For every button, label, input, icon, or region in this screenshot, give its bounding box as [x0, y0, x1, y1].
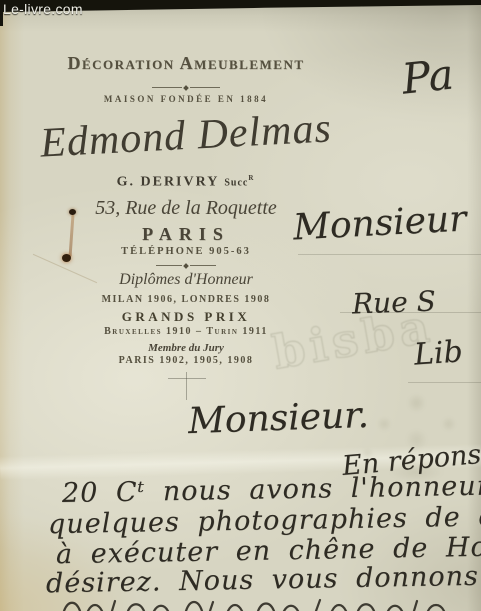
letter-photo: Le-livre.com bisba Décoration Ameublemen…: [0, 0, 481, 611]
handwritten-dateline-partial: Pa: [400, 49, 456, 103]
handwritten-recipient-name: Monsieur: [292, 198, 467, 248]
letterhead-proprietor-name: Edmond Delmas: [39, 104, 333, 167]
letterhead-street: 53, Rue de la Roquette: [40, 197, 332, 220]
site-watermark-label: Le-livre.com: [3, 1, 83, 17]
letterhead-award-jury-detail: PARIS 1902, 1905, 1908: [40, 355, 332, 366]
handwritten-recipient-city: Lib: [413, 334, 464, 372]
letterhead-city: PARIS: [40, 224, 332, 245]
successor-name: G. DERIVRY: [117, 175, 219, 190]
letterhead-founded-line: MAISON FONDÉE EN 1884: [40, 94, 332, 104]
successor-abbr-sup: R: [248, 174, 255, 182]
letterhead-award-grandprix-detail: Bruxelles 1910 – Turin 1911: [40, 326, 332, 337]
letterhead-award-diplomas-title: Diplômes d'Honneur: [40, 271, 332, 289]
letterhead-award-jury-title: Membre du Jury: [40, 342, 332, 354]
successor-abbr: Succ: [224, 178, 248, 189]
letterhead-award-grandprix-title: GRANDS PRIX: [40, 309, 332, 325]
pencil-crop-mark-horizontal: [168, 378, 206, 379]
divider-ornament: [152, 84, 220, 91]
diamond-icon: [183, 85, 189, 91]
letterhead-phone: TÉLÉPHONE 905-63: [40, 246, 332, 257]
pencil-crop-mark-vertical: [186, 372, 187, 400]
handwritten-recipient-street: Rue S: [351, 285, 436, 321]
letterhead-trade-line: Décoration Ameublement: [40, 53, 332, 74]
handwritten-salutation: Monsieur.: [187, 395, 369, 442]
diamond-icon: [183, 263, 189, 269]
handwritten-partial-line-strokes: [58, 596, 458, 611]
letterhead-award-diplomas-detail: MILAN 1906, LONDRES 1908: [40, 294, 332, 305]
divider-ornament: [156, 262, 216, 269]
letterhead-successor-line: G. DERIVRY SuccR: [40, 174, 332, 191]
